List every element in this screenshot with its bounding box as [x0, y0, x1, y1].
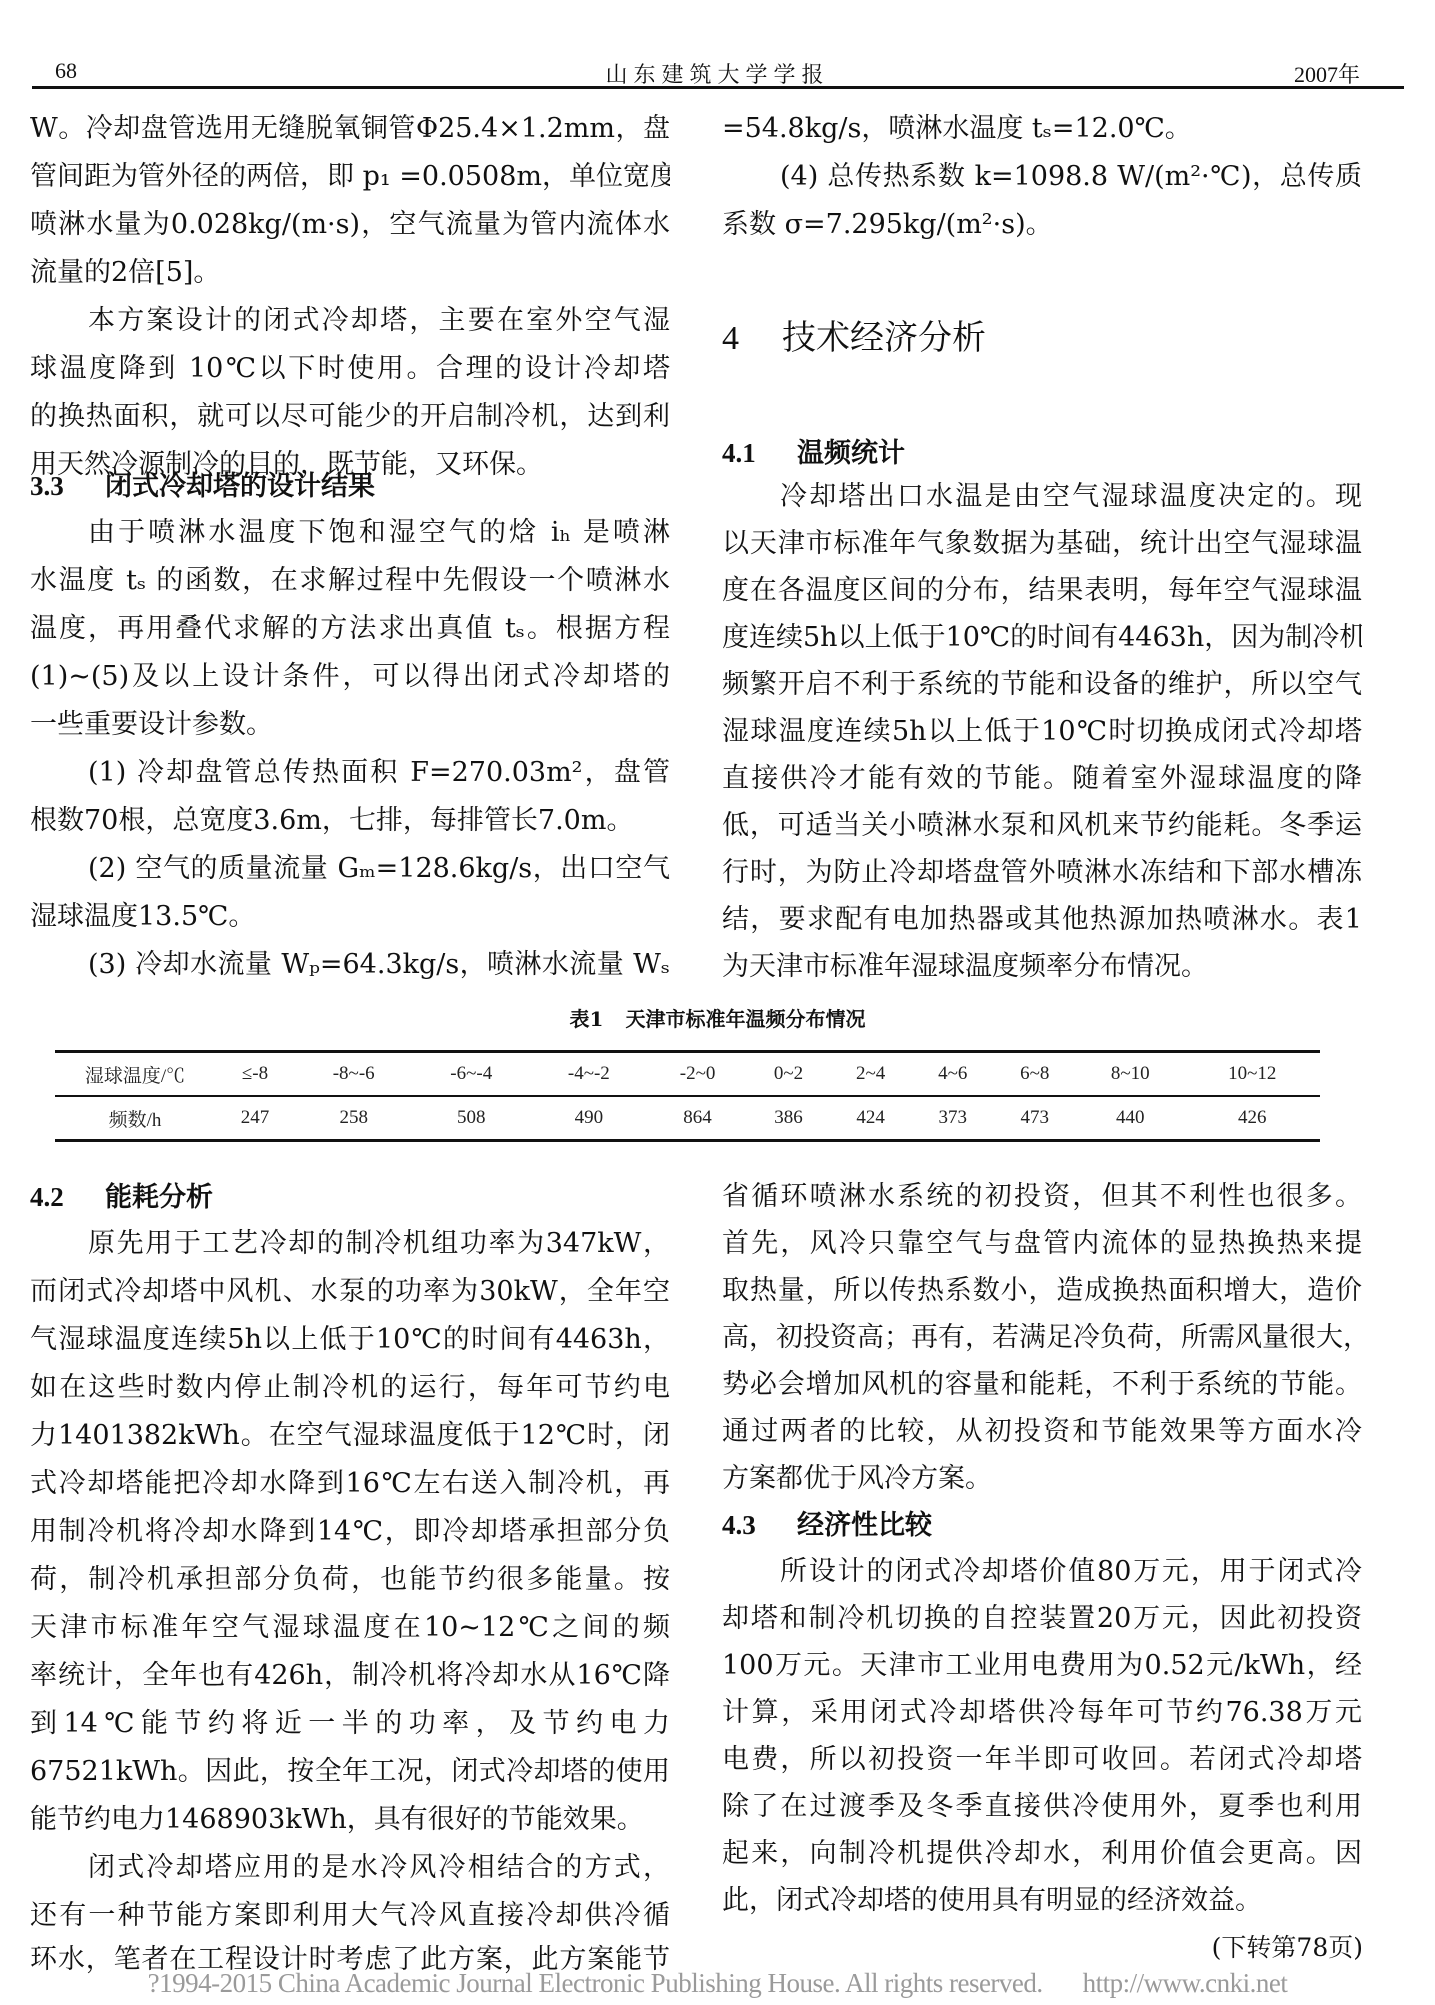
text-line: 荷，制冷机承担部分负荷，也能节约很多能量。按	[30, 1563, 670, 1597]
text-line: 高，初投资高；再有，若满足冷负荷，所需风量很大，	[722, 1321, 1362, 1355]
text-line: 能节约电力1468903kWh，具有很好的节能效果。	[30, 1803, 670, 1837]
text-line: 天津市标准年空气湿球温度在10~12℃之间的频	[30, 1611, 670, 1645]
copyright-text: ?1994-2015 China Academic Journal Electr…	[148, 1968, 1043, 1998]
text-line: 100万元。天津市工业用电费用为0.52元/kWh，经	[722, 1649, 1362, 1683]
text-line: 原先用于工艺冷却的制冷机组功率为347kW，	[30, 1227, 670, 1261]
text-line: 取热量，所以传热系数小，造成换热面积增大，造价	[722, 1274, 1362, 1308]
section-heading-4-3: 4.3经济性比较	[722, 1508, 932, 1543]
text-line: 省循环喷淋水系统的初投资，但其不利性也很多。	[722, 1180, 1362, 1214]
text-line: 还有一种节能方案即利用大气冷风直接冷却供冷循	[30, 1899, 670, 1933]
text-line: 却塔和制冷机切换的自控装置20万元，因此初投资	[722, 1602, 1362, 1636]
text-line: 如在这些时数内停止制冷机的运行，每年可节约电	[30, 1371, 670, 1405]
section-number: 4.3	[722, 1508, 797, 1542]
text-line: 闭式冷却塔应用的是水冷风冷相结合的方式，	[30, 1851, 670, 1885]
text-line: 用制冷机将冷却水降到14℃，即冷却塔承担部分负	[30, 1515, 670, 1549]
text-line: 方案都优于风冷方案。	[722, 1462, 1362, 1496]
text-line: 起来，向制冷机提供冷却水，利用价值会更高。因	[722, 1837, 1362, 1871]
text-line: 计算，采用闭式冷却塔供冷每年可节约76.38万元	[722, 1696, 1362, 1730]
section-heading-4-2: 4.2能耗分析	[30, 1180, 213, 1215]
footer-url[interactable]: http://www.cnki.net	[1083, 1968, 1288, 1998]
text-line: 率统计，全年也有426h，制冷机将冷却水从16℃降	[30, 1659, 670, 1693]
text-line: 此，闭式冷却塔的使用具有明显的经济效益。	[722, 1884, 1362, 1918]
left-column-lower: 4.2能耗分析 原先用于工艺冷却的制冷机组功率为347kW， 而闭式冷却塔中风机…	[30, 0, 670, 2005]
text-line: 首先，风冷只靠空气与盘管内流体的显热换热来提	[722, 1227, 1362, 1261]
text-line: 除了在过渡季及冬季直接供冷使用外，夏季也利用	[722, 1790, 1362, 1824]
text-line: 气湿球温度连续5h以上低于10℃的时间有4463h，	[30, 1323, 670, 1357]
section-title: 能耗分析	[105, 1182, 213, 1213]
text-line: 而闭式冷却塔中风机、水泵的功率为30kW，全年空	[30, 1275, 670, 1309]
text-line: 所设计的闭式冷却塔价值80万元，用于闭式冷	[722, 1555, 1362, 1589]
section-number: 4.2	[30, 1180, 105, 1214]
text-line: 67521kWh。因此，按全年工况，闭式冷却塔的使用	[30, 1755, 670, 1789]
copyright-footer: ?1994-2015 China Academic Journal Electr…	[0, 1968, 1435, 1999]
right-column-lower: 省循环喷淋水系统的初投资，但其不利性也很多。 首先，风冷只靠空气与盘管内流体的显…	[722, 0, 1362, 2005]
continued-note: (下转第78页)	[1212, 1928, 1363, 1964]
text-line: 势必会增加风机的容量和能耗，不利于系统的节能。	[722, 1368, 1362, 1402]
text-line: 到14℃能节约将近一半的功率，及节约电力	[30, 1707, 670, 1741]
section-title: 经济性比较	[797, 1510, 932, 1541]
text-line: 电费，所以初投资一年半即可收回。若闭式冷却塔	[722, 1743, 1362, 1777]
text-line: 式冷却塔能把冷却水降到16℃左右送入制冷机，再	[30, 1467, 670, 1501]
text-line: 力1401382kWh。在空气湿球温度低于12℃时，闭	[30, 1419, 670, 1453]
text-line: 通过两者的比较，从初投资和节能效果等方面水冷	[722, 1415, 1362, 1449]
